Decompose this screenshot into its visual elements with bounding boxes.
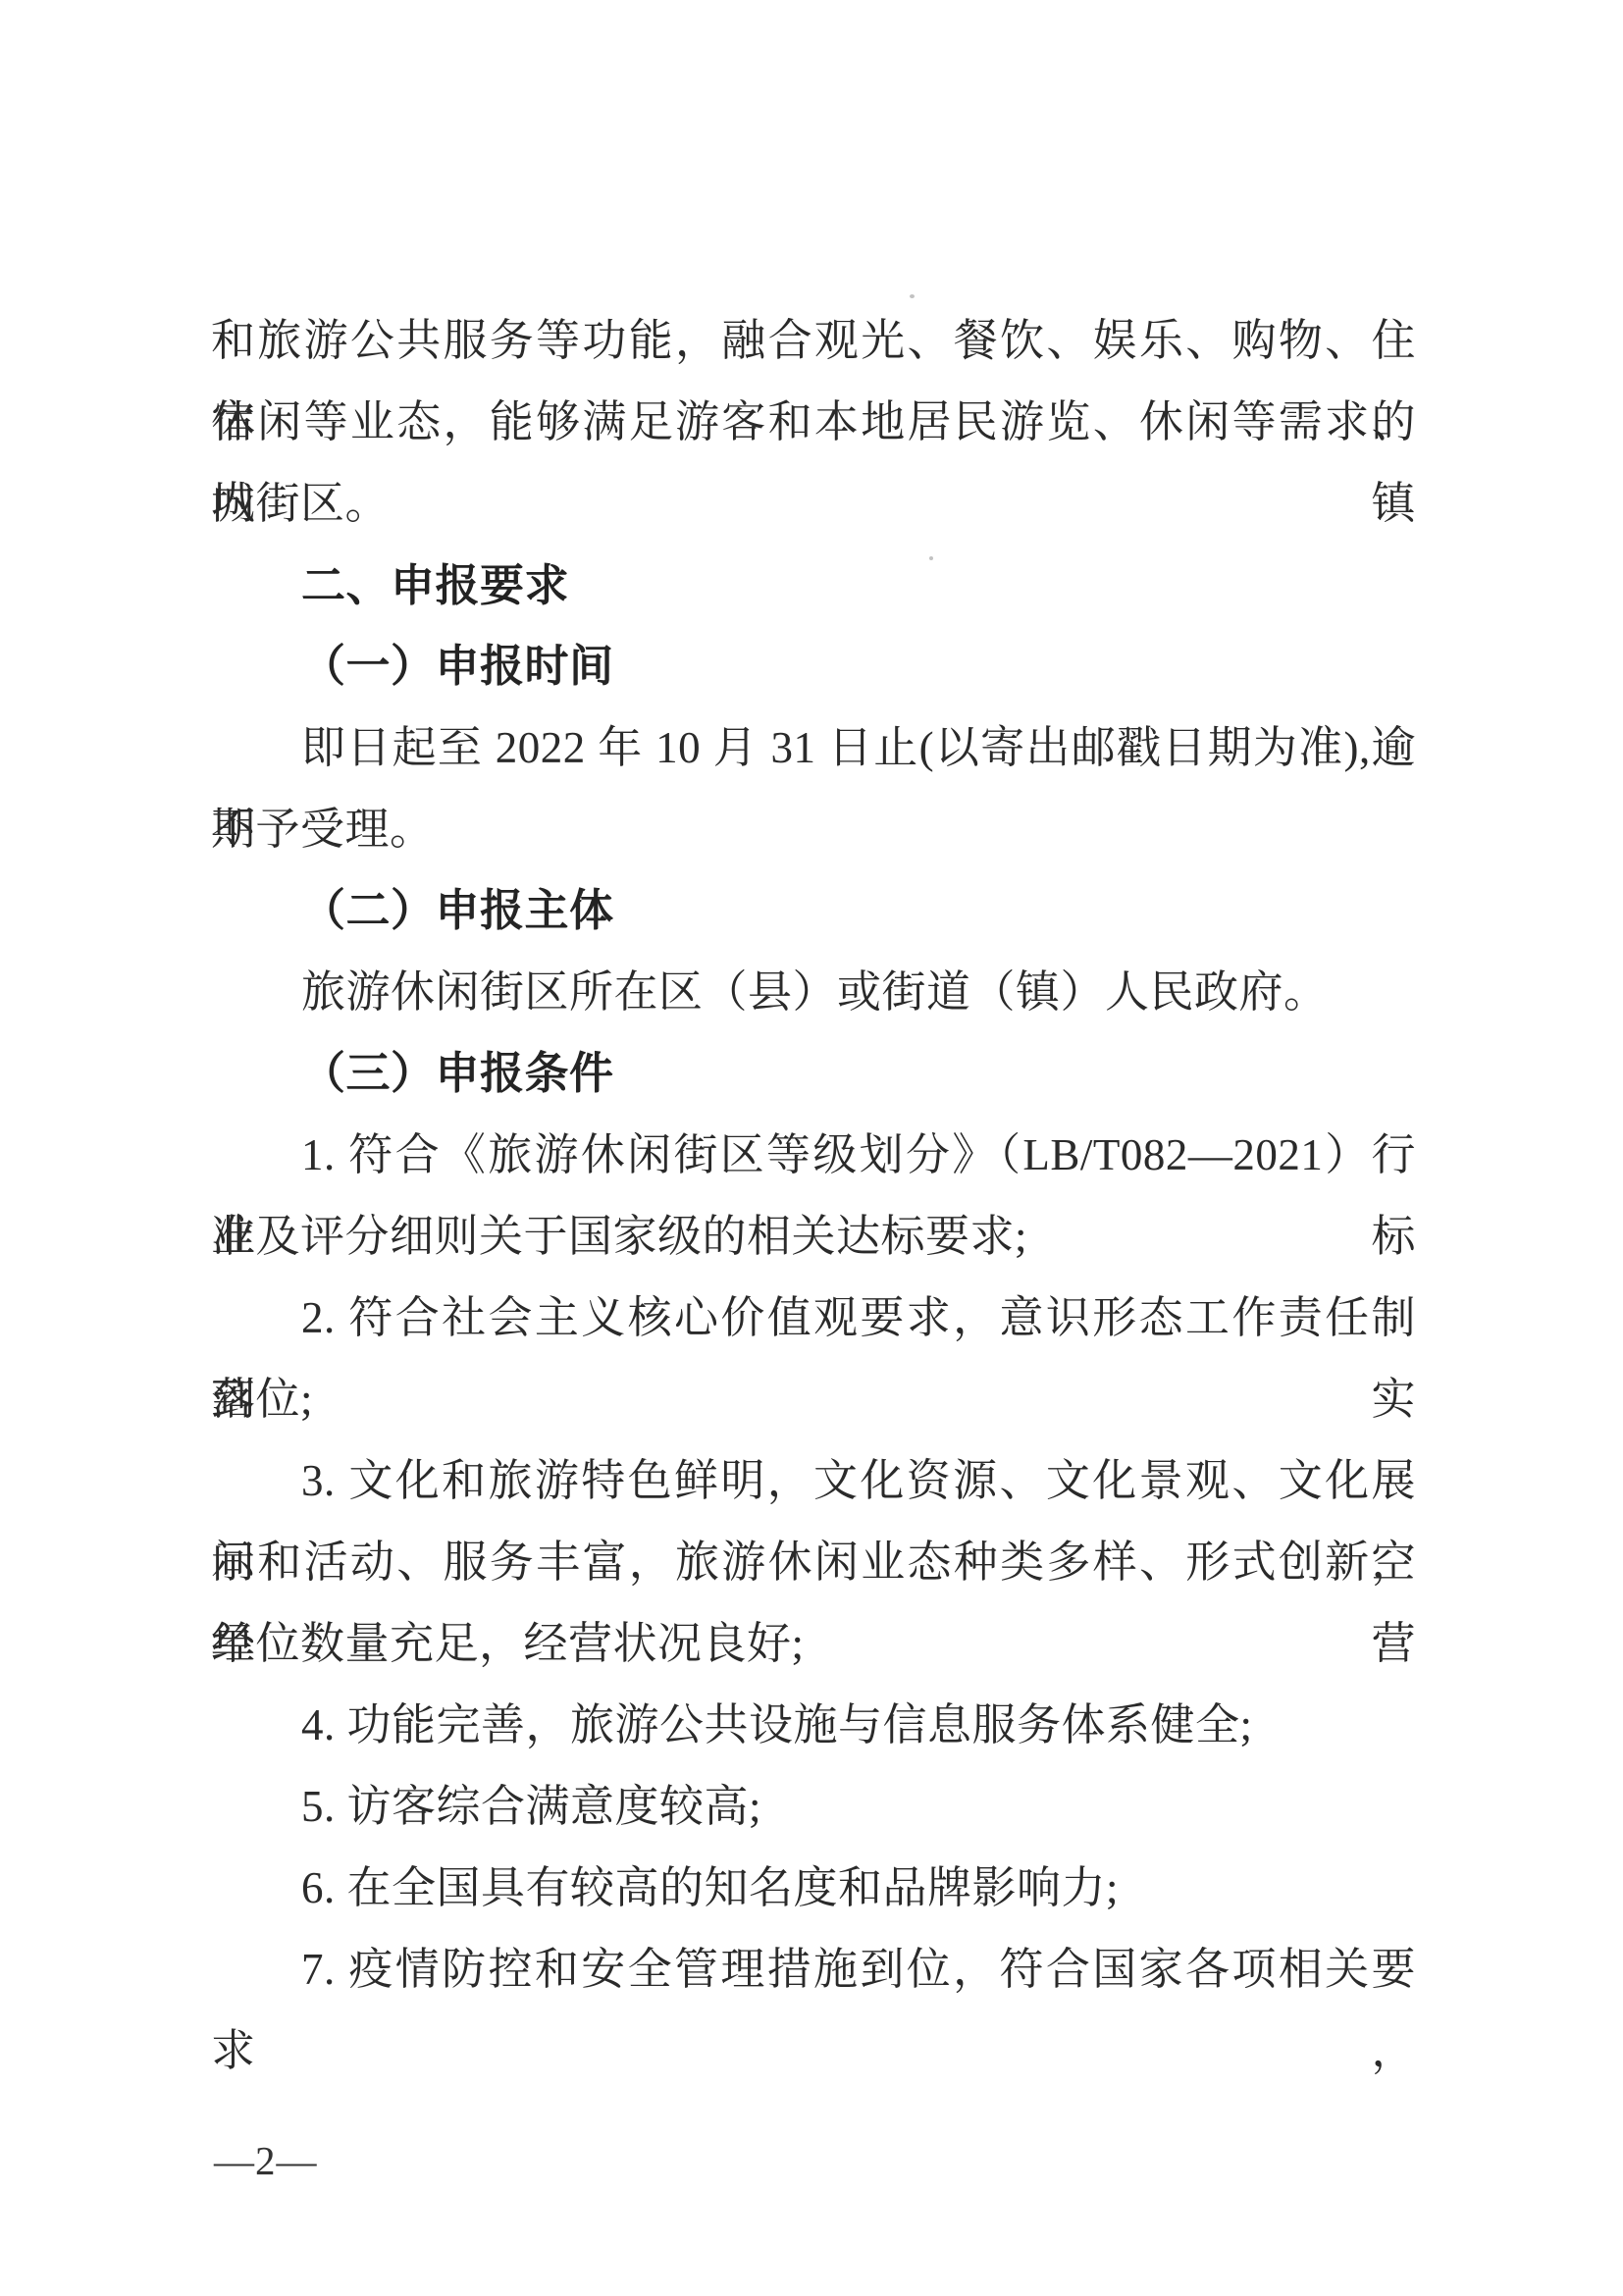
- body-text-line: 不予受理。: [211, 789, 1416, 870]
- body-text-line: 6. 在全国具有较高的知名度和品牌影响力;: [211, 1848, 1416, 1929]
- scan-artifact-dot: [910, 294, 915, 298]
- body-text-line: 间和活动、服务丰富，旅游休闲业态种类多样、形式创新，经营: [211, 1522, 1416, 1603]
- body-text-line: 7. 疫情防控和安全管理措施到位，符合国家各项相关要求，: [211, 1929, 1416, 2010]
- body-text-line: 休闲等业态，能够满足游客和本地居民游览、休闲等需求的城镇: [211, 382, 1416, 463]
- document-body: 和旅游公共服务等功能，融合观光、餐饮、娱乐、购物、住宿、 休闲等业态，能够满足游…: [211, 300, 1416, 2010]
- body-text-line: 1. 符合《旅游休闲街区等级划分》（LB/T082—2021）行业标: [211, 1115, 1416, 1196]
- body-text-line: 3. 文化和旅游特色鲜明，文化资源、文化景观、文化展示空: [211, 1440, 1416, 1522]
- body-text-line: 和旅游公共服务等功能，融合观光、餐饮、娱乐、购物、住宿、: [211, 300, 1416, 382]
- document-page: 和旅游公共服务等功能，融合观光、餐饮、娱乐、购物、住宿、 休闲等业态，能够满足游…: [0, 0, 1623, 2296]
- body-text-line: 即日起至 2022 年 10 月 31 日止(以寄出邮戳日期为准),逾期: [211, 707, 1416, 789]
- subsection-heading-line: （一）申报时间: [211, 626, 1416, 707]
- body-text-line: 4. 功能完善，旅游公共设施与信息服务体系健全;: [211, 1685, 1416, 1766]
- body-text-line: 5. 访客综合满意度较高;: [211, 1766, 1416, 1848]
- body-text-line: 旅游休闲街区所在区（县）或街道（镇）人民政府。: [211, 952, 1416, 1033]
- page-number: —2—: [214, 2141, 318, 2181]
- body-text-line: 2. 符合社会主义核心价值观要求，意识形态工作责任制落实: [211, 1278, 1416, 1359]
- subsection-heading-line: （三）申报条件: [211, 1033, 1416, 1115]
- subsection-heading-line: （二）申报主体: [211, 870, 1416, 952]
- section-heading-line: 二、申报要求: [211, 545, 1416, 626]
